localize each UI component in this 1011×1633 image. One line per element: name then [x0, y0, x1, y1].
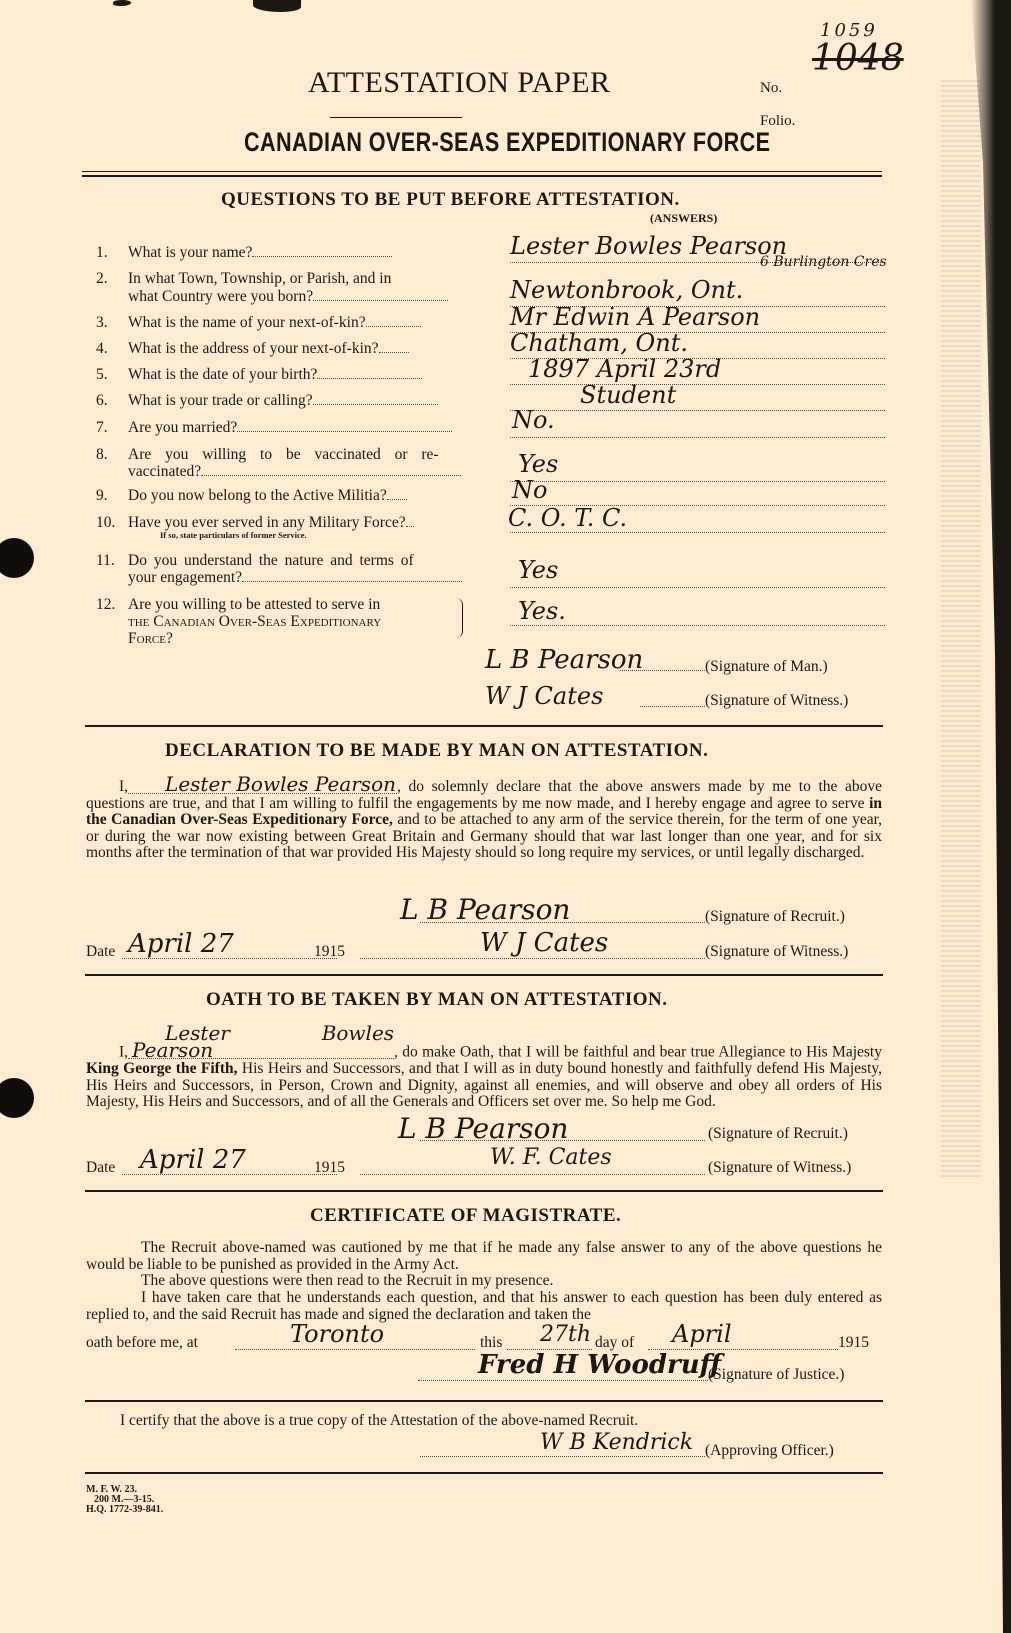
question-hint: If so, state particulars of former Servi…: [160, 530, 307, 540]
question-number: 3.: [96, 314, 108, 332]
signature-justice: Fred H Woodruff: [478, 1350, 721, 1380]
section-divider: [85, 1190, 883, 1192]
answer-birth-date: 1897 April 23rd: [528, 355, 721, 383]
answer-vaccinated: Yes: [518, 450, 558, 478]
answer-line: [510, 587, 885, 588]
signature-recruit-label: (Signature of Recruit.): [705, 908, 845, 926]
ink-blot: [253, 0, 301, 12]
question-text: What is your name?: [128, 244, 473, 262]
oath-name-field: Lester Bowles Pearson: [128, 1025, 394, 1059]
date-label: Date: [86, 943, 115, 961]
signature-line: [418, 1380, 708, 1381]
magistrate-month: April: [672, 1320, 732, 1348]
magistrate-place: Toronto: [290, 1320, 384, 1348]
question-number: 4.: [96, 340, 108, 358]
magistrate-paragraph-3: I have taken care that he understands ea…: [86, 1290, 882, 1323]
answer-line: [510, 481, 885, 482]
brace: [456, 598, 463, 638]
section-divider: [85, 1472, 883, 1474]
place-line: [235, 1349, 475, 1350]
title-divider: [330, 117, 462, 118]
question-number: 10.: [96, 514, 115, 532]
questions-heading: QUESTIONS TO BE PUT BEFORE ATTESTATION.: [221, 189, 680, 211]
question-text: What is the date of your birth?: [128, 366, 422, 384]
question-text: Do you understand the nature and terms o…: [128, 552, 414, 570]
question-number: 9.: [96, 487, 108, 505]
answer-willing-attest: Yes.: [518, 597, 566, 625]
signature-justice-label: (Signature of Justice.): [708, 1366, 844, 1384]
oath-signature-witness: W. F. Cates: [490, 1145, 612, 1170]
magistrate-paragraph-2: The above questions were then read to th…: [86, 1273, 882, 1290]
question-number: 5.: [96, 366, 108, 384]
approving-officer-label: (Approving Officer.): [705, 1442, 834, 1460]
magistrate-heading: CERTIFICATE OF MAGISTRATE.: [310, 1205, 621, 1227]
declaration-year: 1915: [314, 943, 345, 961]
question-number: 8.: [96, 446, 108, 464]
signature-line: [620, 670, 705, 671]
document-title: ATTESTATION PAPER: [308, 66, 611, 100]
attestation-paper: ATTESTATION PAPER CANADIAN OVER-SEAS EXP…: [0, 0, 1011, 1633]
certification-text: I certify that the above is a true copy …: [120, 1412, 638, 1430]
magistrate-paragraph-1: The Recruit above-named was cautioned by…: [86, 1240, 882, 1273]
oath-before-label: oath before me, at: [86, 1334, 198, 1352]
signature-line: [420, 1456, 705, 1457]
answer-understand-terms: Yes: [518, 556, 558, 584]
question-text: Are you willing to be vaccinated or re-: [128, 446, 439, 464]
declaration-date: April 27: [128, 929, 234, 959]
question-text: Do you now belong to the Active Militia?: [128, 487, 407, 505]
signature-witness-label: (Signature of Witness.): [708, 1159, 851, 1177]
signature-line: [640, 706, 705, 707]
question-number: 1.: [96, 244, 108, 262]
answer-militia: No: [512, 476, 547, 504]
answer-line: [510, 532, 885, 533]
answer-birthplace: Newtonbrook, Ont.: [510, 276, 743, 304]
header-double-rule-top: [82, 171, 882, 172]
declaration-name-field: Lester Bowles Pearson: [128, 776, 397, 794]
signature-witness: W J Cates: [485, 682, 603, 710]
question-text: What is the address of your next-of-kin?: [128, 340, 409, 358]
answer-line: [510, 437, 885, 438]
question-text: What is the name of your next-of-kin?: [128, 314, 421, 332]
oath-year: 1915: [314, 1159, 345, 1177]
question-number: 2.: [96, 270, 108, 288]
ink-blot: [113, 0, 131, 6]
question-text-line2: the Canadian Over-Seas Expeditionary: [128, 613, 381, 631]
question-number: 7.: [96, 419, 108, 437]
question-text: Are you willing to be attested to serve …: [128, 596, 380, 614]
scan-edge-speckle: [941, 80, 981, 1180]
question-text: Are you married?: [128, 419, 452, 437]
oath-heading: OATH TO BE TAKEN BY MAN ON ATTESTATION.: [206, 989, 668, 1011]
answer-married: No.: [512, 406, 555, 434]
oath-date: April 27: [140, 1145, 246, 1175]
number-label: No.: [760, 80, 782, 97]
document-subtitle: CANADIAN OVER-SEAS EXPEDITIONARY FORCE: [244, 127, 770, 158]
answer-name: Lester Bowles Pearson: [510, 232, 787, 260]
hq-reference: H.Q. 1772-39-841.: [86, 1505, 163, 1516]
question-text-line2: what Country were you born?: [128, 288, 448, 306]
oath-text: I,Lester Bowles Pearson, do make Oath, t…: [86, 1025, 882, 1111]
answer-military-service: C. O. T. C.: [508, 504, 627, 532]
signature-line: [360, 958, 705, 959]
answer-next-of-kin: Mr Edwin A Pearson: [510, 303, 760, 331]
signature-man-label: (Signature of Man.): [705, 658, 828, 676]
folio-label: Folio.: [760, 113, 795, 130]
section-divider: [85, 1400, 883, 1402]
declaration-signature-witness: W J Cates: [480, 928, 608, 958]
question-text-line2: your engagement?: [128, 569, 462, 587]
answer-address-note: 6 Burlington Cres: [760, 254, 887, 270]
signature-witness-label: (Signature of Witness.): [705, 943, 848, 961]
magistrate-year: 1915: [838, 1334, 869, 1352]
question-number: 6.: [96, 392, 108, 410]
signature-line: [360, 1174, 705, 1175]
signature-witness-label: (Signature of Witness.): [705, 692, 848, 710]
answer-trade: Student: [580, 381, 676, 409]
question-text-line2: vaccinated?: [128, 463, 461, 481]
signature-line: [420, 922, 705, 923]
signature-recruit-label: (Signature of Recruit.): [708, 1125, 848, 1143]
answer-line: [510, 384, 885, 385]
answer-line: [510, 625, 885, 626]
section-divider: [85, 974, 883, 976]
question-text: What is your trade or calling?: [128, 392, 438, 410]
section-divider: [85, 725, 883, 727]
answer-next-of-kin-address: Chatham, Ont.: [510, 329, 688, 357]
declaration-heading: DECLARATION TO BE MADE BY MAN ON ATTESTA…: [165, 740, 708, 762]
header-double-rule-bottom: [82, 175, 882, 177]
date-label: Date: [86, 1159, 115, 1177]
question-number: 12.: [96, 596, 115, 614]
declaration-text: I,Lester Bowles Pearson, do solemnly dec…: [86, 776, 882, 862]
question-text: In what Town, Township, or Parish, and i…: [128, 270, 391, 288]
punch-hole: [0, 1078, 34, 1118]
punch-hole: [0, 538, 34, 578]
signature-line: [420, 1140, 705, 1141]
answers-label: (ANSWERS): [650, 211, 717, 226]
signature-approving-officer: W B Kendrick: [540, 1430, 693, 1455]
question-text-line3: Force?: [128, 630, 173, 648]
answer-line: [510, 410, 885, 411]
question-number: 11.: [96, 552, 115, 570]
number-struck-handwritten: 1048: [812, 38, 904, 79]
magistrate-day: 27th: [540, 1322, 591, 1347]
